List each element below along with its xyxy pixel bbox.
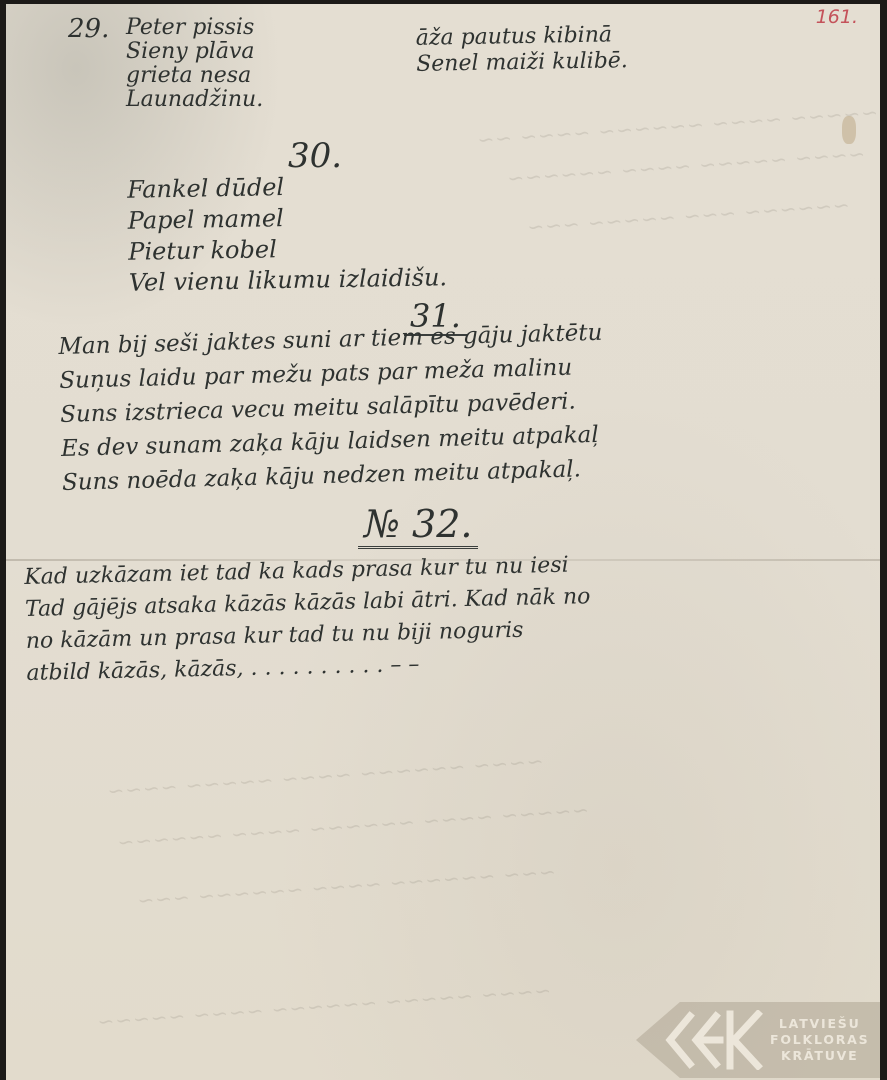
logo-line: LATVIEŠU — [770, 1016, 869, 1032]
lfk-watermark-logo: LATVIEŠU FOLKLORAS KRĀTUVE — [636, 1002, 880, 1078]
page-number: 161. — [816, 6, 858, 28]
logo-text: LATVIEŠU FOLKLORAS KRĀTUVE — [770, 1016, 869, 1064]
bleed-through-text: ~~~~ ~~~~~~ ~~~~ ~~~~~ ~~~~ — [106, 749, 544, 803]
lfk-logo-icon — [664, 1010, 764, 1070]
entry-number-30: 30. — [288, 136, 342, 176]
entry-number-32: № 32. — [358, 502, 478, 549]
bleed-through-text: ~~~~ ~~~~~ ~~~~~~ ~~~~ ~~~~~ — [96, 978, 552, 1034]
manuscript-page: ~~~~~ ~~~~ ~~~~~~ ~~~~ ~~ ~~~~ ~~~~~ ~~~… — [6, 4, 880, 1080]
entry-number-29: 29. — [68, 14, 109, 44]
entry-30-verse: Fankel dūdel Papel mamel Pietur kobel Ve… — [127, 169, 447, 299]
entry-29-verse-right: āža pautus kibinā Senel maiži kulibē. — [416, 22, 629, 78]
verse-line: Senel maiži kulibē. — [416, 48, 628, 78]
verse-line: āža pautus kibinā — [416, 22, 628, 52]
bleed-through-text: ~~~~~~ ~~~ ~~~~~ ~~~ — [526, 193, 851, 240]
logo-line: KRĀTUVE — [770, 1048, 869, 1064]
verse-line: Launadžinu. — [126, 88, 263, 112]
bleed-through-text: ~~~~~ ~~~~ ~~~~~~ ~~~~ ~~~~~~ — [116, 798, 590, 855]
verse-line: grieta nesa — [126, 64, 263, 88]
bleed-through-text: ~~~~ ~~~~~ ~~~~ ~~~~~~ — [506, 141, 866, 190]
bleed-through-text: ~~~ ~~~~~~ ~~~~ ~~~~~~ ~~~ — [136, 859, 557, 912]
verse-line: Peter pissis — [126, 16, 263, 40]
verse-line: Sieny plāva — [126, 40, 263, 64]
verse-line: Vel vienu likumu izlaidišu. — [129, 262, 448, 299]
entry-32-text: Kad uzkāzam iet tad ka kads prasa kur tu… — [24, 549, 592, 690]
entry-29-verse-left: Peter pissis Sieny plāva grieta nesa Lau… — [126, 16, 263, 112]
logo-line: FOLKLORAS — [770, 1032, 869, 1048]
entry-31-verse: Man bij seši jaktes suni ar tiem es gāju… — [58, 316, 606, 500]
paper-stain — [842, 116, 856, 144]
